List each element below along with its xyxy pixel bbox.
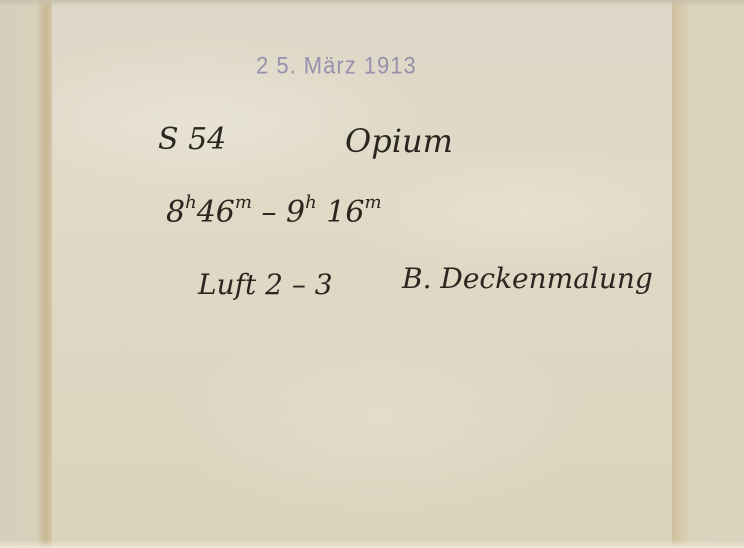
right-tape-band [672, 0, 744, 548]
start-hour: 8 [166, 195, 185, 230]
handwriting-plate-number: S 54 [158, 122, 226, 157]
end-hour: 9 [286, 195, 305, 230]
left-tape-band [0, 0, 52, 548]
top-edge [0, 0, 744, 6]
start-min: 46 [197, 195, 235, 230]
end-min: 16 [326, 195, 364, 230]
end-min-mark: m [364, 192, 381, 213]
time-dash: – [262, 195, 277, 230]
document-sheet: 2 5. März 1913 S 54 Opium 8h46m – 9h 16m… [0, 0, 744, 548]
start-hour-mark: h [185, 192, 197, 213]
start-min-mark: m [235, 192, 252, 213]
bottom-edge [0, 540, 744, 548]
handwriting-substance: Opium [345, 122, 453, 160]
handwriting-air-rating: Luft 2 – 3 [198, 268, 333, 301]
date-stamp: 2 5. März 1913 [256, 52, 417, 80]
handwriting-note: B. Deckenmalung [402, 262, 653, 295]
end-hour-mark: h [305, 192, 317, 213]
handwriting-time-range: 8h46m – 9h 16m [166, 192, 382, 230]
